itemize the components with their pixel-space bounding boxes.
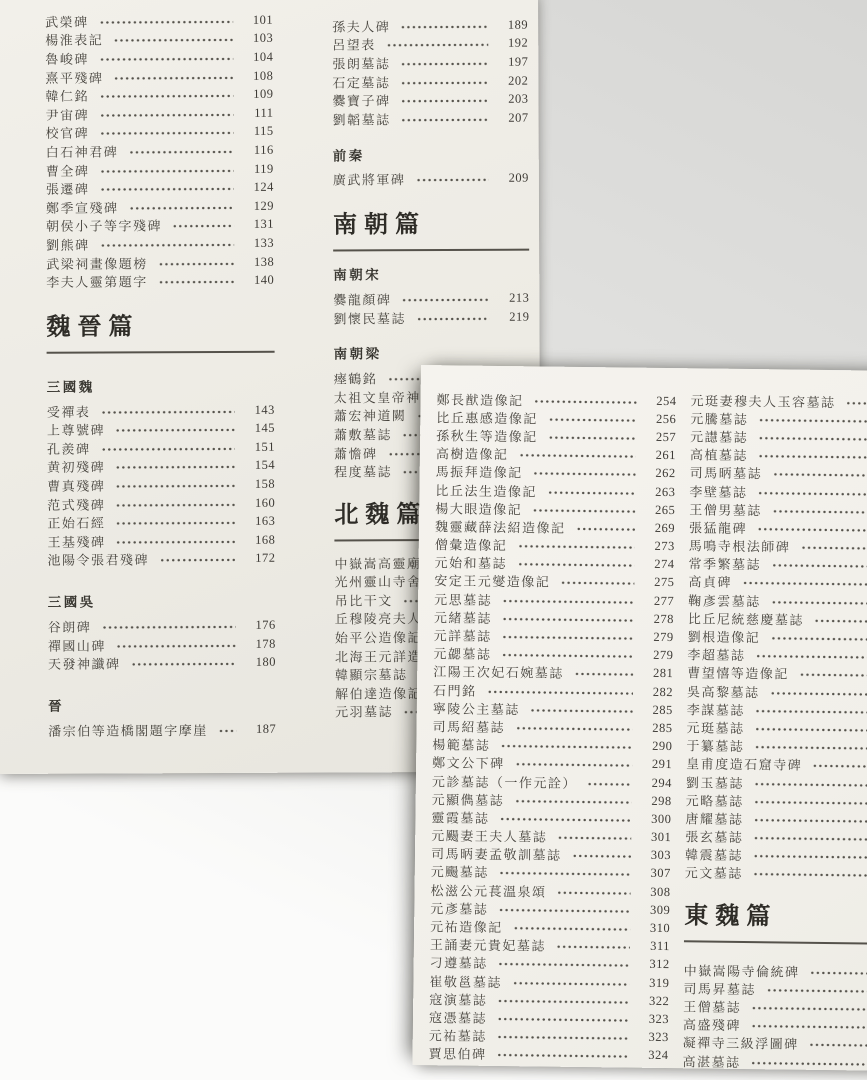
page-number: 124 bbox=[242, 180, 274, 195]
dot-leader bbox=[771, 600, 867, 607]
toc-entry-title: 王基殘碑 bbox=[47, 531, 105, 550]
page-number: 263 bbox=[643, 484, 675, 499]
toc-entry-title: 武榮碑 bbox=[45, 11, 89, 30]
page-number: 303 bbox=[639, 848, 671, 863]
toc-entry-title: 鞠彥雲墓誌 bbox=[688, 590, 761, 610]
toc-entry: 呂望表 192 bbox=[332, 34, 528, 53]
toc-entry-title: 元彥墓誌 bbox=[430, 898, 488, 918]
toc-entry: 劉熊碑 133 bbox=[46, 234, 274, 254]
page-number: 203 bbox=[496, 92, 528, 107]
toc-entry: 魯峻碑 104 bbox=[45, 48, 273, 68]
page-number: 300 bbox=[639, 812, 671, 827]
toc-entry-title: 元祐墓誌 bbox=[429, 1025, 487, 1045]
page-number: 265 bbox=[643, 502, 675, 517]
toc-entry-title: 呂望表 bbox=[332, 35, 376, 54]
page-number: 111 bbox=[242, 106, 274, 121]
page1-left-column: 武榮碑 101 楊淮表記 103 魯峻碑 104 熹平殘碑 108 韓仁銘 10… bbox=[45, 11, 276, 740]
dot-leader bbox=[487, 689, 634, 695]
dot-leader bbox=[800, 546, 867, 553]
toc-entry: 高湛墓誌 bbox=[682, 1051, 867, 1073]
dot-leader bbox=[498, 908, 630, 914]
page-number: 310 bbox=[638, 921, 670, 936]
dot-leader bbox=[517, 562, 635, 567]
dot-leader bbox=[498, 962, 630, 968]
dot-leader bbox=[754, 745, 867, 752]
toc-entry-title: 孔羨碑 bbox=[47, 438, 91, 457]
beiwei-right-entries-list: 元珽妻穆夫人玉容墓誌 元騰墓誌 元譿墓誌 高植墓誌 司馬昞墓誌 李壁墓誌 王僧男… bbox=[685, 390, 867, 885]
page2-right-column: 元珽妻穆夫人玉容墓誌 元騰墓誌 元譿墓誌 高植墓誌 司馬昞墓誌 李壁墓誌 王僧男… bbox=[682, 390, 867, 1073]
dot-leader bbox=[766, 988, 867, 995]
toc-entry-title: 范式殘碑 bbox=[47, 494, 105, 513]
dot-leader bbox=[556, 945, 630, 950]
toc-entry-title: 爨寶子碑 bbox=[332, 90, 390, 109]
toc-entry-title: 高植墓誌 bbox=[690, 444, 748, 464]
page-number: 322 bbox=[637, 993, 669, 1008]
page-number: 323 bbox=[637, 1030, 669, 1045]
dot-leader bbox=[753, 854, 867, 861]
dot-leader bbox=[115, 540, 235, 545]
dot-leader bbox=[497, 1053, 629, 1059]
page-number: 131 bbox=[242, 217, 274, 232]
toc-entry-title: 李壁墓誌 bbox=[689, 481, 747, 501]
toc-entry: 尹宙碑 111 bbox=[46, 104, 274, 124]
toc-entry-title: 司馬昇墓誌 bbox=[683, 978, 756, 998]
toc-entry: 上尊號碑 145 bbox=[47, 419, 275, 439]
page-number: 281 bbox=[641, 666, 673, 681]
dot-leader bbox=[754, 782, 867, 789]
toc-entry-title: 元始和墓誌 bbox=[434, 552, 507, 572]
toc-entry: 爨寶子碑 203 bbox=[332, 90, 528, 109]
nanchao-song-entries-list: 爨龍顏碑 213 劉懷民墓誌 219 bbox=[333, 289, 529, 327]
toc-entry-title: 劉熊碑 bbox=[46, 234, 90, 253]
dot-leader bbox=[557, 890, 631, 895]
toc-entry-title: 孫秋生等造像記 bbox=[436, 425, 538, 445]
dot-leader bbox=[548, 417, 637, 422]
page-number: 269 bbox=[643, 521, 675, 536]
page-number: 285 bbox=[640, 721, 672, 736]
toc-entry-title: 廣武將軍碑 bbox=[333, 170, 406, 189]
dot-leader bbox=[515, 763, 633, 768]
toc-entry-title: 元譿墓誌 bbox=[690, 426, 748, 446]
page-number: 140 bbox=[242, 273, 274, 288]
dot-leader bbox=[753, 873, 867, 880]
toc-entry-title: 元略墓誌 bbox=[686, 790, 744, 810]
toc-entry-title: 上尊號碑 bbox=[47, 420, 105, 439]
dot-leader bbox=[499, 817, 631, 823]
toc-entry-title: 中嶽嵩陽寺倫統碑 bbox=[684, 960, 800, 980]
page-number: 176 bbox=[244, 618, 276, 633]
toc-entry-title: 韓顯宗墓誌 bbox=[335, 664, 408, 683]
toc-entry-title: 寧陵公主墓誌 bbox=[433, 698, 520, 718]
dot-leader bbox=[812, 764, 867, 770]
page-number: 279 bbox=[642, 630, 674, 645]
page-number: 103 bbox=[241, 31, 273, 46]
toc-entry-title: 朝侯小子等字殘碑 bbox=[46, 216, 162, 236]
toc-entry-title: 元羽墓誌 bbox=[335, 702, 393, 721]
page-number: 154 bbox=[243, 458, 275, 473]
toc-entry-title: 解伯達造像記 bbox=[335, 683, 422, 702]
page-number: 254 bbox=[644, 393, 676, 408]
page-number: 311 bbox=[638, 939, 670, 954]
toc-entry-title: 于纂墓誌 bbox=[686, 735, 744, 755]
dot-leader bbox=[416, 316, 490, 320]
toc-entry-title: 鄭長猷造像記 bbox=[436, 389, 523, 409]
dot-leader bbox=[758, 418, 867, 425]
toc-entry-title: 韓震墓誌 bbox=[685, 845, 743, 865]
toc-entry: 受禪表 143 bbox=[47, 401, 275, 421]
dot-leader bbox=[158, 261, 235, 265]
dot-leader bbox=[101, 447, 236, 452]
toc-entry-title: 天發神讖碑 bbox=[48, 654, 121, 673]
dot-leader bbox=[115, 465, 235, 470]
toc-entry-title: 比丘惠感造像記 bbox=[436, 407, 538, 427]
dot-leader bbox=[846, 401, 867, 407]
page-number: 279 bbox=[641, 648, 673, 663]
page-number: 119 bbox=[242, 161, 274, 176]
dot-leader bbox=[753, 818, 867, 825]
dot-leader bbox=[497, 999, 629, 1005]
dot-leader bbox=[99, 187, 234, 192]
dot-leader bbox=[758, 436, 867, 443]
dot-leader bbox=[809, 1043, 867, 1049]
dot-leader bbox=[128, 206, 234, 210]
toc-entry-title: 元祐造像記 bbox=[430, 916, 503, 936]
toc-entry: 曹真殘碑 158 bbox=[47, 475, 275, 495]
dot-leader bbox=[113, 38, 233, 43]
page-number: 274 bbox=[642, 557, 674, 572]
dot-leader bbox=[576, 527, 636, 532]
toc-entry-title: 僧彙造像記 bbox=[435, 534, 508, 554]
dot-leader bbox=[400, 62, 488, 66]
dot-leader bbox=[502, 617, 634, 623]
subsection-qianqin: 前秦 bbox=[333, 143, 529, 164]
page-number: 319 bbox=[637, 975, 669, 990]
dot-leader bbox=[497, 1035, 629, 1041]
toc-entry: 李夫人靈第題字 140 bbox=[46, 271, 274, 291]
toc-entry-title: 松滋公元萇溫泉頌 bbox=[430, 880, 546, 900]
dot-leader bbox=[574, 672, 634, 677]
page-number: 262 bbox=[644, 466, 676, 481]
toc-entry: 孫夫人碑 189 bbox=[332, 16, 528, 35]
toc-entry-title: 賈思伯碑 bbox=[428, 1043, 486, 1063]
dot-leader bbox=[772, 473, 867, 480]
toc-entry-title: 禪國山碑 bbox=[48, 635, 106, 654]
toc-entry-title: 潘宗伯等造橋閣題字摩崖 bbox=[48, 720, 208, 740]
toc-entry-title: 靈霞墓誌 bbox=[431, 807, 489, 827]
toc-entry-title: 曹真殘碑 bbox=[47, 476, 105, 495]
section-header-dongwei: 東魏篇 bbox=[684, 895, 867, 946]
toc-entry-title: 王僧墓誌 bbox=[683, 996, 741, 1016]
dot-leader bbox=[113, 76, 233, 81]
dot-leader bbox=[548, 436, 637, 441]
toc-entry-title: 劉玉墓誌 bbox=[686, 772, 744, 792]
toc-entry-title: 蕭宏神道闕 bbox=[334, 406, 407, 425]
dot-leader bbox=[771, 564, 867, 571]
toc-entry-title: 元思墓誌 bbox=[434, 589, 492, 609]
dot-leader bbox=[100, 243, 235, 248]
toc-entry-title: 尹宙碑 bbox=[46, 104, 90, 123]
dot-leader bbox=[99, 20, 234, 25]
beiwei-continued-entries-list: 鄭長猷造像記 254 比丘惠感造像記 256 孫秋生等造像記 257 高樹造像記… bbox=[428, 389, 676, 1065]
page-number: 189 bbox=[496, 17, 528, 32]
page-number: 116 bbox=[242, 143, 274, 158]
photo-backdrop: { "page1": { "left_column": { "top_entri… bbox=[0, 0, 867, 1080]
sanguo-wu-entries-list: 谷朗碑 176 禪國山碑 178 天發神讖碑 180 bbox=[48, 616, 276, 673]
dot-leader bbox=[115, 428, 235, 433]
toc-entry-title: 爨龍顏碑 bbox=[333, 289, 391, 308]
page-number: 202 bbox=[496, 73, 528, 88]
dot-leader bbox=[172, 224, 234, 228]
toc-entry-title: 蕭憺碑 bbox=[334, 443, 378, 462]
toc-entry-title: 李謀墓誌 bbox=[687, 699, 745, 719]
toc-entry-title: 高盛殘碑 bbox=[683, 1014, 741, 1034]
toc-entry: 天發神讖碑 180 bbox=[48, 653, 276, 673]
page-number: 138 bbox=[242, 254, 274, 269]
toc-entry-title: 元詳墓誌 bbox=[434, 625, 492, 645]
toc-entry-title: 皇甫度造石窟寺碑 bbox=[686, 754, 802, 774]
toc-entry-title: 黄初殘碑 bbox=[47, 457, 105, 476]
dot-leader bbox=[386, 43, 489, 47]
page-number: 307 bbox=[639, 866, 671, 881]
subsection-jin: 晉 bbox=[48, 694, 276, 715]
dot-leader bbox=[115, 521, 235, 526]
dot-leader bbox=[99, 113, 234, 118]
toc-entry-title: 常季繁墓誌 bbox=[688, 554, 761, 574]
page-number: 163 bbox=[243, 514, 275, 529]
page-number: 309 bbox=[638, 903, 670, 918]
dot-leader bbox=[99, 57, 234, 62]
toc-entry: 朝侯小子等字殘碑 131 bbox=[46, 215, 274, 235]
toc-page-right: 鄭長猷造像記 254 比丘惠感造像記 256 孫秋生等造像記 257 高樹造像記… bbox=[412, 365, 867, 1073]
page-number: 282 bbox=[641, 684, 673, 699]
toc-entry-title: 瘞鶴銘 bbox=[334, 368, 378, 387]
toc-entry-title: 劉根造像記 bbox=[688, 626, 761, 646]
toc-entry: 武榮碑 101 bbox=[45, 11, 273, 31]
dot-leader bbox=[547, 490, 636, 495]
toc-entry-title: 程度墓誌 bbox=[334, 461, 392, 480]
dot-leader bbox=[587, 782, 632, 787]
dot-leader bbox=[99, 168, 234, 173]
section-header-weijin: 魏晉篇 bbox=[46, 306, 274, 354]
toc-entry-title: 比丘尼統慈慶墓誌 bbox=[688, 608, 804, 628]
dot-leader bbox=[751, 1006, 867, 1013]
page-number: 294 bbox=[640, 775, 672, 790]
toc-entry-title: 高貞碑 bbox=[688, 572, 732, 592]
dot-leader bbox=[501, 653, 633, 659]
toc-entry-title: 蕭敷墓誌 bbox=[334, 424, 392, 443]
dot-leader bbox=[513, 926, 631, 931]
page-number: 277 bbox=[642, 593, 674, 608]
toc-entry: 范式殘碑 160 bbox=[47, 494, 275, 514]
page-number: 160 bbox=[243, 495, 275, 510]
dongwei-entries-list: 中嶽嵩陽寺倫統碑 司馬昇墓誌 王僧墓誌 高盛殘碑 凝禪寺三級浮圖碑 高湛墓誌 bbox=[682, 960, 867, 1073]
toc-entry-title: 池陽令張君殘碑 bbox=[47, 550, 149, 569]
page-number: 278 bbox=[642, 612, 674, 627]
dot-leader bbox=[400, 80, 488, 84]
page-number: 323 bbox=[637, 1012, 669, 1027]
page-number: 285 bbox=[641, 702, 673, 717]
han-entries-list: 武榮碑 101 楊淮表記 103 魯峻碑 104 熹平殘碑 108 韓仁銘 10… bbox=[45, 11, 274, 291]
subsection-nanchao-song: 南朝宋 bbox=[333, 263, 529, 284]
dot-leader bbox=[497, 1017, 629, 1023]
dot-leader bbox=[755, 654, 867, 661]
subsection-nanchao-liang: 南朝梁 bbox=[334, 342, 530, 363]
dot-leader bbox=[532, 508, 635, 513]
toc-entry-title: 安定王元燮造像記 bbox=[434, 571, 550, 591]
toc-entry-title: 張猛龍碑 bbox=[689, 517, 747, 537]
dot-leader bbox=[514, 799, 632, 804]
toc-entry: 張遷碑 124 bbox=[46, 178, 274, 198]
dot-leader bbox=[572, 854, 632, 859]
toc-entry: 谷朗碑 176 bbox=[48, 616, 276, 636]
toc-entry: 劉韜墓誌 207 bbox=[333, 109, 529, 128]
toc-entry: 鄭季宣殘碑 129 bbox=[46, 197, 274, 217]
page-number: 104 bbox=[241, 50, 273, 65]
dot-leader bbox=[99, 131, 234, 136]
page-number: 145 bbox=[243, 421, 275, 436]
dot-leader bbox=[100, 410, 235, 415]
toc-entry: 楊淮表記 103 bbox=[45, 29, 273, 49]
dot-leader bbox=[770, 636, 867, 643]
toc-entry-title: 劉懷民墓誌 bbox=[333, 308, 406, 327]
toc-entry: 熹平殘碑 108 bbox=[45, 67, 273, 87]
page-number: 207 bbox=[497, 110, 529, 125]
dot-leader bbox=[99, 94, 234, 99]
page-number: 290 bbox=[640, 739, 672, 754]
page-number: 257 bbox=[644, 430, 676, 445]
dot-leader bbox=[512, 981, 630, 986]
dot-leader bbox=[158, 280, 235, 284]
dot-leader bbox=[115, 484, 235, 489]
page-number: 312 bbox=[638, 957, 670, 972]
toc-entry-title: 受禪表 bbox=[47, 401, 91, 420]
toc-entry-title: 吳高黎墓誌 bbox=[687, 681, 760, 701]
dot-leader bbox=[742, 581, 867, 588]
dot-leader bbox=[755, 709, 867, 716]
page-number: 180 bbox=[244, 655, 276, 670]
toc-entry-title: 寇演墓誌 bbox=[429, 989, 487, 1009]
toc-entry: 韓仁銘 109 bbox=[45, 85, 273, 105]
dot-leader bbox=[401, 99, 489, 103]
page-number: 275 bbox=[642, 575, 674, 590]
toc-entry-title: 楊大眼造像記 bbox=[435, 498, 522, 518]
toc-entry-title: 崔敬邕墓誌 bbox=[429, 971, 502, 991]
page-number: 143 bbox=[243, 402, 275, 417]
dot-leader bbox=[502, 599, 634, 605]
toc-entry: 正始石經 163 bbox=[47, 512, 275, 532]
subsection-sanguo-wu: 三國吳 bbox=[48, 590, 276, 611]
dot-leader bbox=[401, 298, 489, 302]
dot-leader bbox=[400, 25, 488, 29]
toc-entry: 曹全碑 119 bbox=[46, 160, 274, 180]
dot-leader bbox=[753, 836, 867, 843]
page2-left-column: 鄭長猷造像記 254 比丘惠感造像記 256 孫秋生等造像記 257 高樹造像記… bbox=[428, 389, 676, 1065]
toc-entry-title: 元珽墓誌 bbox=[686, 717, 744, 737]
dot-leader bbox=[130, 662, 236, 666]
toc-entry-title: 孫夫人碑 bbox=[332, 16, 390, 35]
dot-leader bbox=[533, 472, 636, 477]
dot-leader bbox=[415, 178, 489, 182]
dot-leader bbox=[101, 625, 236, 630]
toc-entry-title: 楊範墓誌 bbox=[432, 734, 490, 754]
toc-entry: 禪國山碑 178 bbox=[48, 635, 276, 655]
dot-leader bbox=[757, 491, 867, 498]
toc-entry-title: 熹平殘碑 bbox=[45, 67, 103, 86]
page-number: 301 bbox=[639, 830, 671, 845]
dot-leader bbox=[116, 644, 236, 649]
toc-entry-title: 王僧男墓誌 bbox=[689, 499, 762, 519]
toc-entry-title: 張朗墓誌 bbox=[332, 53, 390, 72]
toc-entry-title: 鄭季宣殘碑 bbox=[46, 197, 119, 216]
toc-entry: 孔羨碑 151 bbox=[47, 438, 275, 458]
page-number: 324 bbox=[636, 1048, 668, 1063]
toc-entry-title: 元勰墓誌 bbox=[433, 643, 491, 663]
toc-entry: 劉懷民墓誌 219 bbox=[333, 307, 529, 326]
toc-entry: 校官碑 115 bbox=[46, 122, 274, 142]
dot-leader bbox=[128, 150, 234, 154]
page-number: 101 bbox=[241, 13, 273, 28]
page-number: 115 bbox=[242, 124, 274, 139]
dot-leader bbox=[159, 558, 236, 562]
toc-entry-title: 元騰墓誌 bbox=[690, 408, 748, 428]
page-number: 133 bbox=[242, 236, 274, 251]
toc-entry: 廣武將軍碑 209 bbox=[333, 169, 529, 188]
toc-entry-title: 馬鳴寺根法師碑 bbox=[689, 535, 791, 555]
dot-leader bbox=[810, 970, 867, 976]
toc-entry: 張朗墓誌 197 bbox=[332, 53, 528, 72]
toc-entry: 王基殘碑 168 bbox=[47, 531, 275, 551]
toc-entry-title: 鄭文公下碑 bbox=[432, 753, 505, 773]
page-number: 209 bbox=[497, 171, 529, 186]
dot-leader bbox=[115, 503, 235, 508]
dot-leader bbox=[750, 1061, 867, 1068]
dot-leader bbox=[757, 527, 867, 534]
toc-entry-title: 王誦妻元貴妃墓誌 bbox=[430, 934, 546, 954]
page-number: 151 bbox=[243, 440, 275, 455]
page-number: 178 bbox=[244, 636, 276, 651]
toc-entry: 武梁祠畫像題榜 138 bbox=[46, 252, 274, 272]
toc-entry-title: 高樹造像記 bbox=[436, 443, 509, 463]
toc-entry-title: 白石神君碑 bbox=[46, 141, 119, 160]
dot-leader bbox=[515, 726, 633, 731]
dot-leader bbox=[770, 691, 867, 698]
toc-entry-title: 谷朗碑 bbox=[48, 617, 92, 636]
toc-entry: 賈思伯碑 324 bbox=[428, 1044, 668, 1065]
toc-entry-title: 元緒墓誌 bbox=[434, 607, 492, 627]
dot-leader bbox=[401, 118, 489, 122]
page-number: 256 bbox=[644, 412, 676, 427]
page-number: 298 bbox=[640, 793, 672, 808]
toc-entry-title: 唐耀墓誌 bbox=[685, 808, 743, 828]
page-number: 109 bbox=[241, 87, 273, 102]
sanguo-wei-entries-list: 受禪表 143 上尊號碑 145 孔羨碑 151 黄初殘碑 154 曹真殘碑 1… bbox=[47, 401, 276, 569]
subsection-sanguo-wei: 三國魏 bbox=[47, 375, 275, 396]
jin-stele-entries-list: 孫夫人碑 189 呂望表 192 張朗墓誌 197 石定墓誌 202 爨寶子碑 … bbox=[332, 16, 528, 128]
toc-entry-title: 李夫人靈第題字 bbox=[46, 271, 148, 290]
page-number: 291 bbox=[640, 757, 672, 772]
toc-entry: 潘宗伯等造橋閣題字摩崖 187 bbox=[48, 720, 276, 740]
dot-leader bbox=[758, 454, 867, 461]
dot-leader bbox=[799, 673, 867, 680]
toc-entry: 石定墓誌 202 bbox=[332, 71, 528, 90]
dot-leader bbox=[534, 399, 637, 404]
toc-entry-title: 劉韜墓誌 bbox=[333, 109, 391, 128]
toc-entry-title: 元文墓誌 bbox=[685, 863, 743, 883]
toc-entry-title: 張玄墓誌 bbox=[685, 826, 743, 846]
toc-entry-title: 馬振拜造像記 bbox=[436, 462, 523, 482]
toc-entry: 池陽令張君殘碑 172 bbox=[47, 549, 275, 569]
toc-entry-title: 司馬昞墓誌 bbox=[690, 463, 763, 483]
